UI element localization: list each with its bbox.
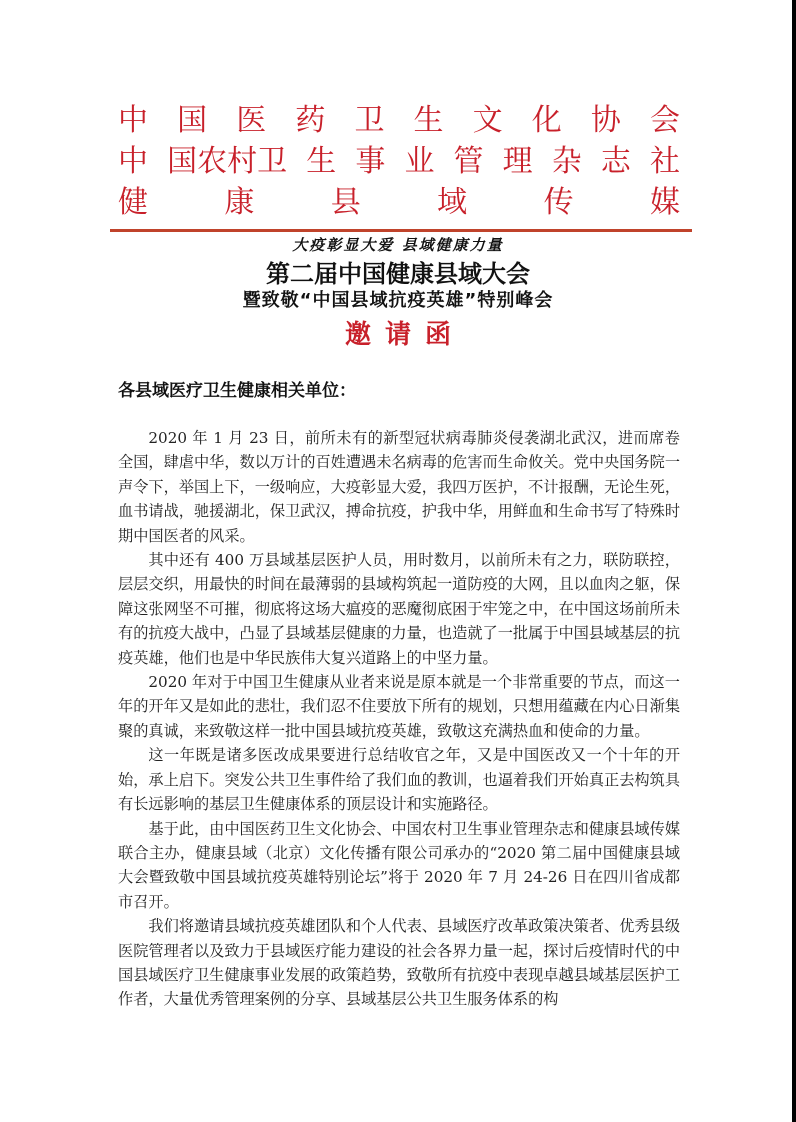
paragraph: 2020 年 1 月 23 日，前所未有的新型冠状病毒肺炎侵袭湖北武汉，进而席卷…	[118, 426, 680, 548]
paragraph: 其中还有 400 万县域基层医护人员，用时数月，以前所未有之力，联防联控，层层交…	[118, 548, 680, 670]
org-name-line-3: 健 康 县 域 传 媒	[118, 182, 680, 223]
invitation-label: 邀请函	[0, 314, 796, 351]
page-edge-bar	[792, 0, 796, 1122]
paragraph: 2020 年对于中国卫生健康从业者来说是原本就是一个非常重要的节点，而这一年的开…	[118, 670, 680, 743]
org-name-line-2: 中 国农村卫 生 事 业 管 理 杂 志 社	[118, 141, 680, 182]
paragraph: 这一年既是诸多医改成果要进行总结收官之年，又是中国医改又一个十年的开始，承上启下…	[118, 743, 680, 816]
paragraph: 我们将邀请县域抗疫英雄团队和个人代表、县域医疗改革政策决策者、优秀县级医院管理者…	[118, 914, 680, 1012]
org-name-line-1: 中 国 医 药 卫 生 文 化 协 会	[118, 100, 680, 141]
organization-header: 中 国 医 药 卫 生 文 化 协 会 中 国农村卫 生 事 业 管 理 杂 志…	[118, 100, 680, 223]
page-subtitle: 暨致敬“中国县域抗疫英雄”特别峰会	[0, 286, 796, 312]
header-divider	[110, 229, 692, 232]
salutation: 各县域医疗卫生健康相关单位：	[118, 376, 698, 401]
org-line2-cluster: 国农村卫	[167, 141, 287, 182]
paragraph: 基于此，由中国医药卫生文化协会、中国农村卫生事业管理杂志和健康县域传媒联合主办，…	[118, 817, 680, 915]
letter-body: 2020 年 1 月 23 日，前所未有的新型冠状病毒肺炎侵袭湖北武汉，进而席卷…	[118, 426, 680, 1012]
slogan: 大疫彰显大爱 县域健康力量	[0, 234, 796, 255]
page-title: 第二届中国健康县域大会	[0, 254, 796, 289]
